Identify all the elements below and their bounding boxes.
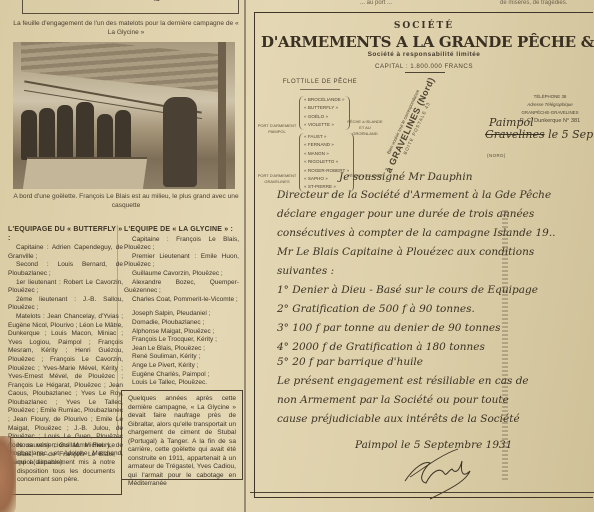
page-gutter <box>244 0 246 512</box>
letter-date: le 5 Septembre 19 <box>548 128 594 141</box>
crew-entry: Jean Le Blais, Plouëzec ; <box>124 345 239 354</box>
paimpol-boats: « BROCÉLIANDE » « BUTTERFLY » « GOÉLO » … <box>299 96 350 130</box>
region-label: (NORD) <box>487 153 506 158</box>
handwritten-line: cause préjudiciable aux intérêts de la S… <box>277 413 520 425</box>
boat-name: « GOÉLO » <box>304 113 345 121</box>
engagement-letter: SOCIÉTÉ D'ARMEMENTS A LA GRANDE PÊCHE & … <box>254 12 593 498</box>
handwritten-line: Je soussigné Mr Dauphin <box>339 171 473 183</box>
letter-bottom-rule <box>250 492 594 493</box>
signature-fragment: ~ <box>153 0 161 6</box>
crew-entry: 1er lieutenant : Robert Le Cavorzin, Plo… <box>8 279 123 296</box>
boat-name: « VIOLETTE » <box>304 121 345 129</box>
gravelines-boats: « FAUST » « FERNAND » « MANON » « RIGOLE… <box>299 133 354 192</box>
crew-entry: René Souliman, Kérity ; <box>124 353 239 362</box>
crew-entry: Second : Louis Bernard, de Ploubazlanec … <box>8 261 123 278</box>
boat-name: « FERNAND » <box>304 141 349 149</box>
magazine-spread: ~ La feuille d'engagement de l'un des ma… <box>0 0 594 512</box>
telegraph-label: Adresse Télégraphique <box>505 101 594 109</box>
boat-name: « FAUST » <box>304 133 349 141</box>
text-fragment: ... au port ... <box>360 0 392 6</box>
port-gravelines: PORT D'ARMEMENT GRAVELINES <box>257 173 297 185</box>
crew-entry: Alexandre Bozec, Quemper-Guézennec ; <box>124 279 239 296</box>
telephone: TÉLÉPHONE 38 <box>505 93 594 101</box>
crew-group <box>21 100 131 160</box>
crew-entry: Eugène Charlès, Paimpol ; <box>124 371 239 380</box>
place-paimpol: Paimpol <box>489 116 534 129</box>
crew-entry: 2ème lieutenant : J.-B. Sallou, Plouëzec… <box>8 296 123 313</box>
crew-member <box>39 108 55 160</box>
handwritten-line: suivantes : <box>277 265 334 277</box>
letterhead-company-name: D'ARMEMENTS A LA GRANDE PÊCHE & AU CABOT… <box>261 33 591 51</box>
acknowledgement-box: Nous remercions M. Michel Le Blais, fils… <box>10 437 122 495</box>
crew-entry: Capitaine : Adrien Capendeguy, de Granvi… <box>8 244 123 261</box>
handwritten-line: consécutives à compter de la campagne Is… <box>277 227 556 239</box>
right-page: ... au port ... de misères, de tragédies… <box>250 0 594 512</box>
glycine-crew-list: L'EQUIPE DE « LA GLYCINE » : Capitaine :… <box>124 226 239 388</box>
handwritten-line: Le présent engagement est résiliable en … <box>277 375 529 387</box>
handwritten-line: Mr Le Blais Capitaine à Plouézec aux con… <box>277 246 534 258</box>
butterfly-heading: L'EQUIPAGE DU « BUTTERFLY » : <box>8 226 123 243</box>
crew-entry: Guillaume Cavorzin, Plouëzec ; <box>124 270 239 279</box>
butterfly-crew-list: L'EQUIPAGE DU « BUTTERFLY » : Capitaine … <box>8 226 123 468</box>
thumb-in-frame <box>0 436 16 512</box>
flotilla-title: FLOTTILLE DE PÊCHE <box>275 79 365 85</box>
crew-entry: Joseph Salpin, Pleudaniel ; <box>124 310 239 319</box>
glycine-heading: L'EQUIPE DE « LA GLYCINE » : <box>124 226 239 235</box>
handwritten-line: 2° Gratification de 500 f à 90 tonnes. <box>277 303 475 315</box>
left-page: ~ La feuille d'engagement de l'un des ma… <box>0 0 245 512</box>
crew-member <box>97 114 113 160</box>
mast <box>218 42 226 189</box>
crew-entry: Alphonse Maigat, Plouëzec ; <box>124 328 239 337</box>
ornament-rule <box>300 89 340 90</box>
document-frame-bottom: ~ <box>22 0 239 14</box>
handwritten-line: 4° 2000 f de Gratification à 180 tonnes <box>277 341 485 353</box>
glycine-shipwreck-box: Quelques années après cette dernière cam… <box>121 390 243 480</box>
crew-entry: Capitaine : François Le Blais, Plouëzec … <box>124 236 239 253</box>
crew-entry: François Le Trocquer, Kérity ; <box>124 336 239 345</box>
photo-caption: A bord d'une goëlette. François Le Blais… <box>12 192 240 210</box>
crew-entry: Louis Le Tallec, Plouëzec. <box>124 379 239 388</box>
crew-entry: Domadie, Ploubazlanec ; <box>124 319 239 328</box>
port-paimpol: PORT D'ARMEMENT PAIMPOL <box>257 123 297 135</box>
handwritten-line: 1° Denier à Dieu - Basé sur le cours de … <box>277 284 538 296</box>
text-fragment: de misères, de tragédies. <box>500 0 567 6</box>
stamp-line: à GRAVELINES (Nord) <box>382 73 438 177</box>
crew-member <box>115 110 131 160</box>
handwritten-line: 5° 20 f par barrique d'huile <box>277 356 423 368</box>
boat-name: « BROCÉLIANDE » <box>304 96 345 104</box>
boat-name: « MANON » <box>304 150 349 158</box>
previous-text-fragment: ... au port ... de misères, de tragédies… <box>250 0 594 10</box>
boat-name: « BUTTERFLY » <box>304 104 345 112</box>
crew-member <box>21 110 37 160</box>
crew-entry: Ange Le Pivert, Kérity ; <box>124 362 239 371</box>
deck-hatch <box>23 157 148 189</box>
letterhead-capital: CAPITAL : 1.800.000 FRANCS <box>255 63 593 70</box>
place-struck: Gravelines <box>485 128 545 141</box>
stamp-text: Bien vouloir tout le correspondance à GR… <box>378 71 443 179</box>
handwritten-line: déclare engager pour une durée de trois … <box>277 208 534 220</box>
schooner-crew-photo <box>13 42 235 189</box>
crew-entry: Premier Lieutenant : Emile Huon, Plouëze… <box>124 253 239 270</box>
captain-figure <box>163 97 197 187</box>
letterhead-legal-form: Société à responsabilité limitée <box>255 51 593 58</box>
letterhead-societe: SOCIÉTÉ <box>255 21 593 31</box>
crew-member <box>57 105 73 160</box>
handwritten-line: Directeur de la Société d'Armement à la … <box>277 189 551 201</box>
crew-member <box>76 102 94 160</box>
crew-entry: Charles Coat, Pommerit-le-Vicomte ; <box>124 296 239 305</box>
handwritten-line: non Armement par la Société ou pour tout… <box>277 394 509 406</box>
handwritten-line: 3° 100 f par tonne au denier de 90 tonne… <box>277 322 500 334</box>
boat-name: « RIGOLETTO » <box>304 158 349 166</box>
place-date: Paimpol Gravelines le 5 Septembre 19 <box>485 128 594 141</box>
engagement-caption: La feuille d'engagement de l'un des mate… <box>12 19 240 37</box>
